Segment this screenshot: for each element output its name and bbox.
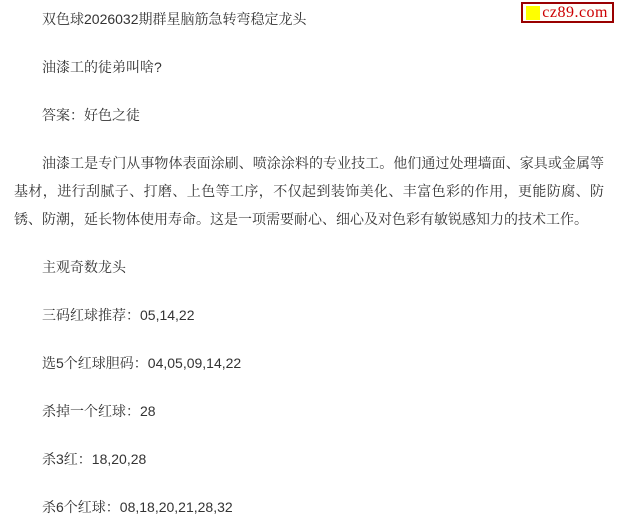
riddle-question: 油漆工的徒弟叫啥?	[14, 53, 604, 81]
pick-label: 三码红球推荐：	[42, 307, 140, 323]
logo-text: cz89.com	[542, 5, 608, 21]
pick-value: 04,05,09,14,22	[148, 355, 241, 371]
pick-value: 08,18,20,21,28,32	[120, 499, 233, 515]
pick-line: 选5个红球胆码：04,05,09,14,22	[14, 349, 604, 377]
logo-yellow-square-icon	[526, 6, 540, 20]
pick-label: 杀3红：	[42, 451, 92, 467]
profession-description: 油漆工是专门从事物体表面涂刷、喷涂涂料的专业技工。他们通过处理墙面、家具或金属等…	[14, 149, 604, 233]
riddle-answer-label: 答案：	[42, 107, 84, 123]
pick-label: 杀掉一个红球：	[42, 403, 140, 419]
pick-value: 05,14,22	[140, 307, 195, 323]
pick-line: 杀6个红球：08,18,20,21,28,32	[14, 493, 604, 521]
pick-value: 18,20,28	[92, 451, 147, 467]
article-body: 双色球2026032期群星脑筋急转弯稳定龙头 油漆工的徒弟叫啥? 答案：好色之徒…	[0, 0, 618, 521]
pick-line: 杀掉一个红球：28	[14, 397, 604, 425]
pick-label: 选5个红球胆码：	[42, 355, 148, 371]
pick-value: 28	[140, 403, 156, 419]
section-heading: 主观奇数龙头	[14, 253, 604, 281]
site-logo[interactable]: cz89.com	[521, 2, 614, 23]
riddle-answer-line: 答案：好色之徒	[14, 101, 604, 129]
pick-line: 杀3红：18,20,28	[14, 445, 604, 473]
pick-line: 三码红球推荐：05,14,22	[14, 301, 604, 329]
pick-label: 杀6个红球：	[42, 499, 120, 515]
article-title: 双色球2026032期群星脑筋急转弯稳定龙头	[14, 5, 604, 33]
riddle-answer-value: 好色之徒	[84, 107, 140, 123]
